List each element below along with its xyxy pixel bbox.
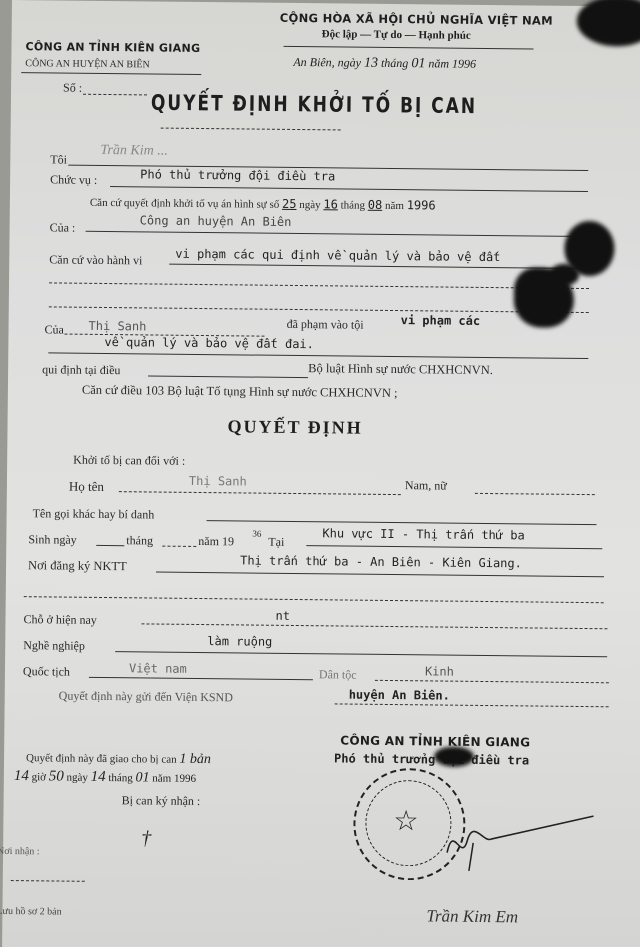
quoc-tich-line [89,677,313,680]
day-label: ngày [338,55,361,69]
day-value: 13 [364,56,378,71]
ink-blot [434,746,474,766]
bi-can-signature: † [141,827,151,850]
can-cu-qd: Căn cứ quyết định khởi tố vụ án hình sự … [90,195,436,213]
motto-underline [284,46,534,50]
chuc-vu-value: Phó thủ trưởng đội điều tra [140,167,335,183]
hanh-vi-line-2 [49,282,589,289]
bi-can-ky: Bị can ký nhận : [122,793,201,809]
ngay-value: 16 [323,197,338,211]
year-label: năm [428,56,449,70]
cua-line [86,231,588,237]
nghe-nghiep-value: làm ruộng [207,634,272,649]
number-label: Số : [63,81,82,96]
dan-toc-label: Dân tộc [319,667,357,682]
cho-o-line [141,623,607,629]
gui-den-line [335,703,609,707]
ngay-label: ngày [66,772,88,784]
quy-dinh-label: qui định tại điều [42,362,120,378]
decision-heading: QUYẾT ĐỊNH [227,416,362,438]
chuc-vu-line [110,186,588,192]
dan-toc-value: Kinh [425,664,454,678]
hanh-vi-value-1: vi phạm các qui định về quản lý và bảo v… [175,247,500,264]
month-value: 01 [411,56,425,71]
ten-goi-khac-label: Tên gọi khác hay bí danh [33,506,155,522]
blank-line [24,596,604,603]
can-cu-qd-label: Căn cứ quyết định khởi tố vụ án hình sự … [90,197,280,211]
nation-name: CỘNG HÒA XÃ HỘI CHỦ NGHĨA VIỆT NAM [280,11,553,28]
motto: Độc lập — Tự do — Hạnh phúc [322,28,471,42]
thang-value: 08 [368,198,383,212]
gio-value: 14 [14,768,29,784]
nam-label: năm [385,200,404,212]
can-cu-103: Căn cứ điều 103 Bộ luật Tố tụng Hình sự … [82,383,398,401]
sinh-ngay-line [96,545,124,546]
nam-value: 1996 [407,198,436,212]
signer-title: Phó thủ trưởng đội điều tra [334,751,529,767]
bo-luat-label: Bộ luật Hình sự nước CHXHCNVN. [308,361,493,378]
ink-blot [577,0,640,47]
dieu-line [148,375,308,378]
giao-label: Quyết định này đã giao cho bị can 1 bản [26,750,211,768]
sinh-nam-label: năm 19 [198,534,234,549]
vu-an-so: 25 [282,197,297,211]
place-date: An Biên, ngày 13 tháng 01 năm 1996 [293,55,476,73]
signature-stroke [443,813,604,875]
hanh-vi-label: Căn cứ vào hành vi [49,252,142,268]
cua-label: Của : [50,220,76,235]
tai-label: Tại [268,535,284,550]
nkkt-label: Nơi đăng ký NKTT [28,558,127,574]
number-line [83,94,147,96]
cua2-label: Của [44,322,63,337]
noi-nhan-line [11,880,85,882]
khoi-to-label: Khởi tố bị can đối với : [73,453,185,469]
title-underline [161,128,341,131]
ho-ten-label: Họ tên [69,479,104,495]
cua2-value: Thị Sanh [89,319,147,334]
giao-ban: 1 bản [179,752,211,767]
signer-name: Trần Kim Em [426,906,518,927]
nam-value: 1996 [174,773,196,785]
divider [21,72,201,75]
thang-value: 01 [136,770,150,785]
nghe-nghiep-label: Nghề nghiệp [23,638,85,654]
hanh-vi-line-3 [49,306,589,313]
da-pham-value-2: về quản lý và bảo vệ đất đai. [104,335,314,351]
tai-line [306,545,602,549]
ten-goi-khac-line [207,520,597,525]
document-page: CÔNG AN TỈNH KIÊN GIANG CÔNG AN HUYỆN AN… [2,0,640,947]
nghe-nghiep-line [115,651,607,657]
nam-nu-line [475,493,595,495]
sinh-thang-label: tháng [126,533,153,548]
da-pham-label: đã phạm vào tội [287,317,364,333]
phut-value: 50 [49,768,64,784]
cua-value: Công an huyện An Biên [140,213,292,229]
document-title: QUYẾT ĐỊNH KHỞI TỐ BỊ CAN [151,91,477,119]
place: An Biên, [293,55,334,69]
ngay-value: 14 [91,769,106,785]
giao-text: Quyết định này đã giao cho bị can [26,752,177,766]
ho-ten-line [119,491,401,495]
noi-nhan: Nơi nhận : [0,846,40,857]
tai-value: Khu vực II - Thị trấn thứ ba [322,526,524,542]
thang-label: tháng [108,772,133,784]
gui-den-label: Quyết định này gửi đến Viện KSND [59,689,233,706]
sinh-thang-line [162,546,196,547]
year-value: 1996 [452,57,476,71]
toi-value: Trần Kim ... [100,143,167,160]
dan-toc-line [375,680,609,683]
signer-agency: CÔNG AN TỈNH KIÊN GIANG [340,733,530,749]
luu: Lưu hồ sơ 2 bản [0,906,62,918]
da-pham-line [48,352,588,359]
giao-time: 14 giờ 50 ngày 14 tháng 01 năm 1996 [14,768,196,787]
nkkt-line [156,572,604,578]
gui-den-value: huyện An Biên. [349,688,450,703]
quoc-tich-value: Việt nam [129,661,187,676]
chuc-vu-label: Chức vụ : [50,172,97,187]
cho-o-value: nt [275,609,290,623]
ngay-label: ngày [299,199,321,211]
nkkt-value: Thị trấn thứ ba - An Biên - Kiên Giang. [240,553,522,570]
thang-label: tháng [341,199,366,211]
cho-o-label: Chỗ ở hiện nay [23,612,96,628]
quoc-tich-label: Quốc tịch [23,664,70,679]
month-label: tháng [381,56,408,70]
star-icon: ☆ [393,804,418,838]
toi-label: Tôi [50,152,67,167]
nam-nu-label: Nam, nữ [405,478,447,493]
da-pham-value-1: vi phạm các [401,313,481,328]
ink-blot [549,264,579,286]
nam-label: năm [152,773,171,785]
ho-ten-value: Thị Sanh [189,474,247,489]
hanh-vi-line-1 [169,264,589,269]
agency-name: CÔNG AN TỈNH KIÊN GIANG [25,40,200,55]
sinh-nam-value: 36 [252,529,261,539]
gio-label: giờ [32,771,46,783]
sub-agency-name: CÔNG AN HUYỆN AN BIÊN [25,58,150,70]
sinh-ngay-label: Sinh ngày [28,532,76,548]
